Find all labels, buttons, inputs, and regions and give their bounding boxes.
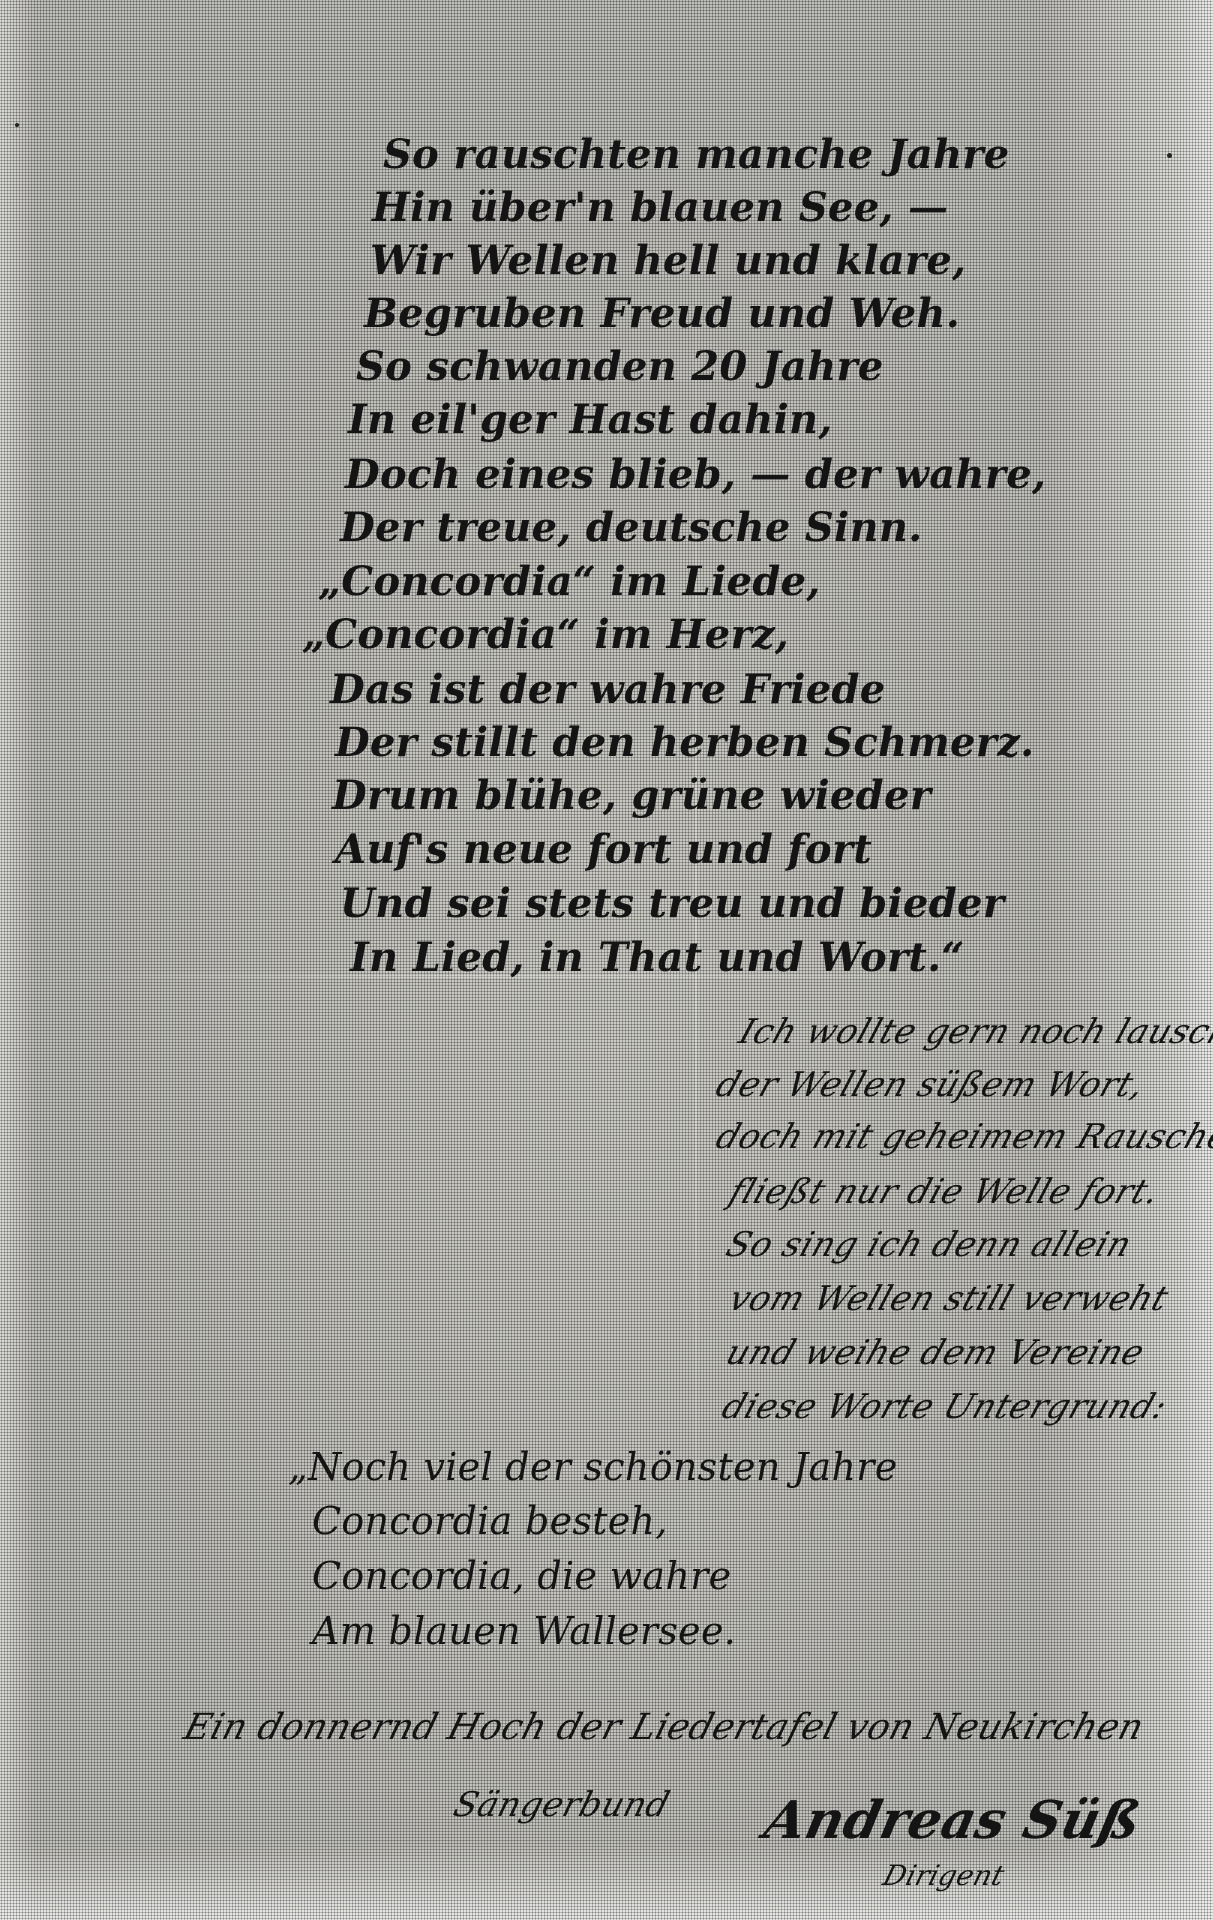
poem-line-11: Das ist der wahre Friede bbox=[330, 670, 886, 710]
poem-line-3: Wir Wellen hell und klare, bbox=[370, 241, 966, 281]
greeting-line: Ein donnernd Hoch der Liedertafel von Ne… bbox=[180, 1710, 1147, 1746]
kurrent-line-8: diese Worte Untergrund: bbox=[718, 1390, 1171, 1424]
sign-off-left: Sängerbund bbox=[450, 1788, 673, 1822]
closing-line-4: Am blauen Wallersee. bbox=[312, 1612, 736, 1650]
poem-line-9: „Concordia“ im Liede, bbox=[318, 562, 821, 602]
poem-line-16: In Lied, in That und Wort.“ bbox=[350, 938, 965, 978]
poem-line-5: So schwanden 20 Jahre bbox=[356, 347, 884, 387]
closing-line-2: Concordia besteh, bbox=[312, 1502, 668, 1540]
closing-line-1: „Noch viel der schönsten Jahre bbox=[288, 1448, 898, 1486]
kurrent-line-1: Ich wollte gern noch lauschen bbox=[735, 1015, 1213, 1049]
poem-line-2: Hin über'n blauen See, — bbox=[372, 188, 948, 228]
poem-line-4: Begruben Freud und Weh. bbox=[364, 294, 960, 334]
poem-line-8: Der treue, deutsche Sinn. bbox=[340, 508, 923, 548]
poem-line-6: In eil'ger Hast dahin, bbox=[348, 400, 833, 440]
poem-line-14: Auf's neue fort und fort bbox=[335, 830, 872, 870]
poem-line-1: So rauschten manche Jahre bbox=[383, 135, 1010, 175]
paper-speck bbox=[1167, 153, 1172, 158]
kurrent-line-5: So sing ich denn allein bbox=[722, 1228, 1136, 1262]
scanned-letter-page: So rauschten manche Jahre Hin über'n bla… bbox=[0, 0, 1213, 1920]
signature-name: Andreas Süß bbox=[760, 1795, 1145, 1847]
poem-line-12: Der stillt den herben Schmerz. bbox=[335, 723, 1034, 763]
kurrent-line-2: der Wellen süßem Wort, bbox=[712, 1068, 1149, 1102]
kurrent-line-3: doch mit geheimem Rauschen bbox=[712, 1120, 1213, 1154]
signature-title: Dirigent bbox=[880, 1862, 1007, 1890]
kurrent-line-7: und weihe dem Vereine bbox=[722, 1336, 1149, 1370]
paper-speck bbox=[15, 123, 19, 127]
poem-line-13: Drum blühe, grüne wieder bbox=[332, 776, 931, 816]
kurrent-line-4: fließt nur die Welle fort. bbox=[725, 1175, 1164, 1209]
poem-line-7: Doch eines blieb, — der wahre, bbox=[345, 455, 1046, 495]
poem-line-15: Und sei stets treu und bieder bbox=[340, 884, 1004, 924]
closing-line-3: Concordia, die wahre bbox=[312, 1557, 731, 1595]
kurrent-line-6: vom Wellen still verweht bbox=[725, 1282, 1173, 1316]
poem-line-10: „Concordia“ im Herz, bbox=[302, 615, 789, 655]
